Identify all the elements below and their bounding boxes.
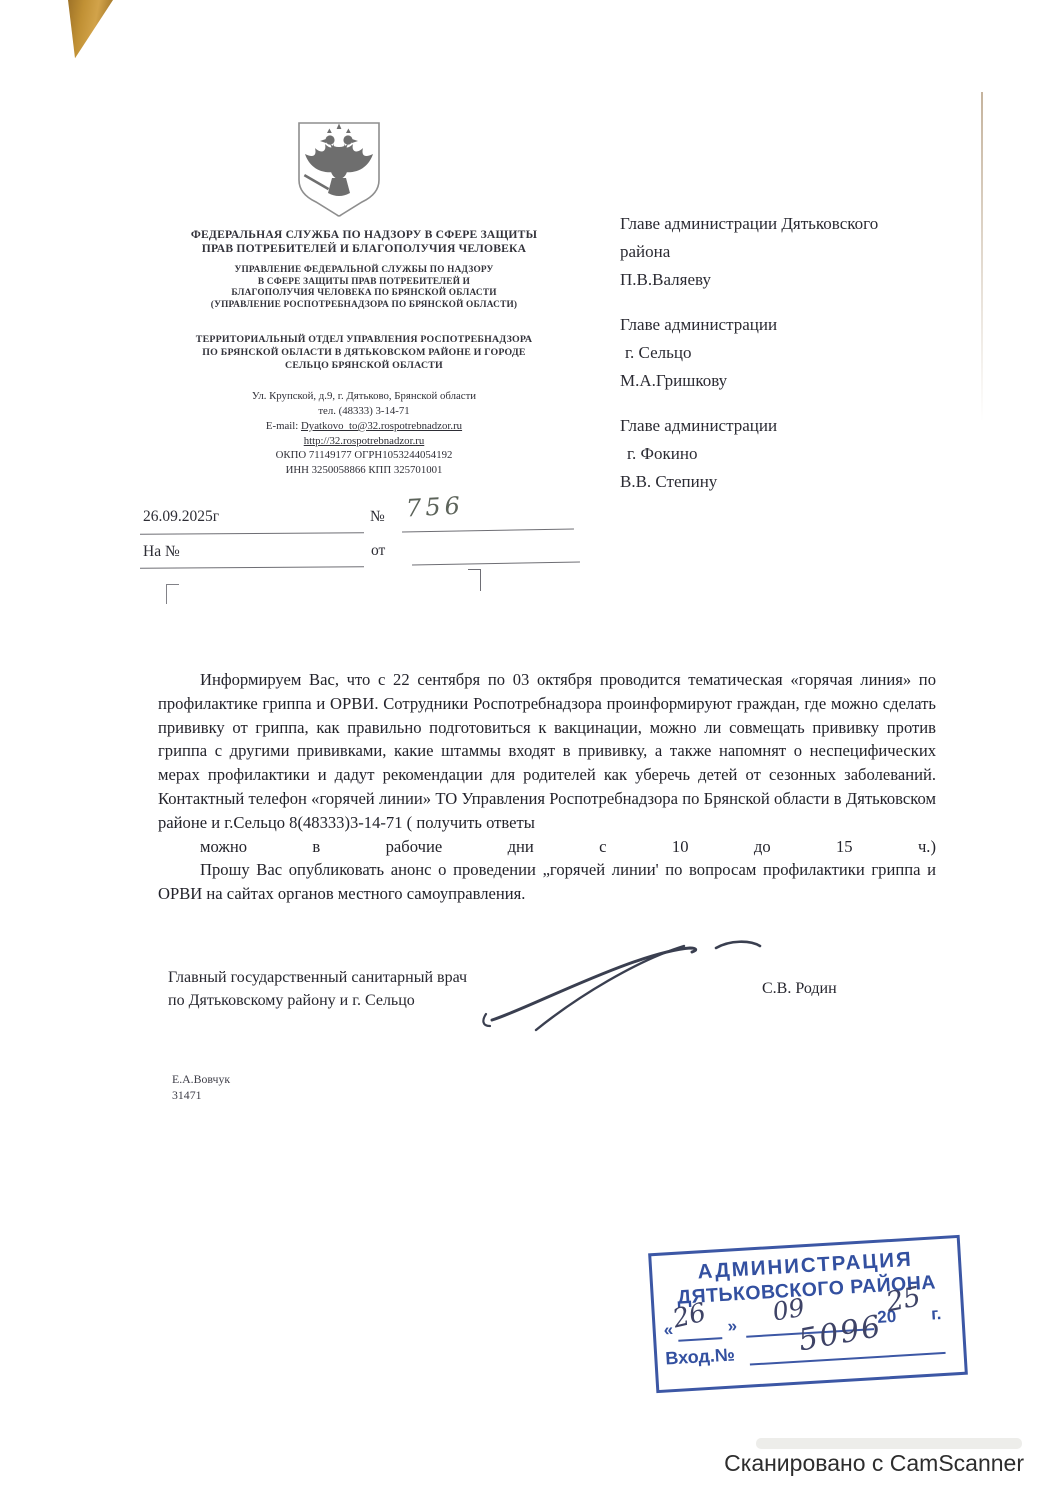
stamp-day-handwritten: 26 (670, 1298, 709, 1335)
letter-number-handwritten: 756 (405, 492, 464, 523)
letterhead-website: http://32.rospotrebnadzor.ru (118, 434, 610, 449)
letterhead-email-line: E-mail: Dyatkovo_to@32.rospotrebnadzor.r… (118, 419, 610, 434)
letter-body: Информируем Вас, что с 22 сентября по 03… (158, 668, 936, 906)
corner-mark-right (468, 569, 481, 591)
recipient-dyatkovo: Главе администрации Дятьковского района … (620, 210, 960, 294)
stamp-incoming-label: Вход.№ (665, 1344, 736, 1369)
letterhead-inn-kpp: ИНН 3250058866 КПП 325701001 (118, 463, 610, 478)
recipient-fokino: Главе администрации г. Фокино В.В. Степи… (620, 412, 960, 496)
letterhead-org-line: ФЕДЕРАЛЬНАЯ СЛУЖБА ПО НАДЗОРУ В СФЕРЕ ЗА… (118, 228, 610, 242)
number-label: № (370, 508, 385, 526)
paper-edge-line (981, 92, 983, 422)
email-label: E-mail: (266, 420, 298, 432)
from-label: от (371, 542, 385, 560)
recipient-line: Главе администрации Дятьковского (620, 210, 960, 238)
body-paragraph-1-last-line: можно в рабочие дни с 10 до 15 ч.) (158, 835, 936, 859)
stamp-month-handwritten: 09 (771, 1293, 807, 1327)
letter-date: 26.09.2025г (143, 508, 219, 526)
recipients-block: Главе администрации Дятьковского района … (620, 210, 960, 513)
russia-coat-of-arms-icon (283, 116, 395, 224)
incoming-stamp: АДМИНИСТРАЦИЯ ДЯТЬКОВСКОГО РАЙОНА « » 20… (648, 1235, 968, 1393)
ruled-line (140, 532, 364, 535)
recipient-line: М.А.Гришкову (620, 367, 960, 395)
letterhead-dep-line: УПРАВЛЕНИЕ ФЕДЕРАЛЬНОЙ СЛУЖБЫ ПО НАДЗОРУ (118, 265, 610, 277)
recipient-line: В.В. Степину (620, 468, 960, 496)
letterhead-dep-line: БЛАГОПОЛУЧИЯ ЧЕЛОВЕКА ПО БРЯНСКОЙ ОБЛАСТ… (118, 288, 610, 300)
letterhead-okpo-ogrn: ОКПО 71149177 ОГРН1053244054192 (118, 448, 610, 463)
executor-block: Е.А.Вовчук 31471 (172, 1072, 230, 1103)
recipient-line: района (620, 238, 960, 266)
letterhead-dep-line: (УПРАВЛЕНИЕ РОСПОТРЕБНАДЗОРА ПО БРЯНСКОЙ… (118, 300, 610, 312)
letterhead-territorial-line: ТЕРРИТОРИАЛЬНЫЙ ОТДЕЛ УПРАВЛЕНИЯ РОСПОТР… (118, 334, 610, 347)
stamp-rule (678, 1337, 722, 1341)
stamp-year-handwritten: 25 (884, 1281, 924, 1318)
recipient-line: Главе администрации (620, 412, 960, 440)
ruled-line (140, 566, 364, 569)
wood-desk-corner-artifact (66, 0, 116, 60)
stamp-quote-close: » (727, 1316, 738, 1337)
letterhead-org-line: ПРАВ ПОТРЕБИТЕЛЕЙ И БЛАГОПОЛУЧИЯ ЧЕЛОВЕК… (118, 242, 610, 256)
email-link: Dyatkovo_to@32.rospotrebnadzor.ru (301, 420, 462, 432)
letterhead-phone: тел. (48333) 3-14-71 (118, 404, 610, 419)
stamp-quote-open: « (663, 1320, 674, 1341)
reply-to-label: На № (143, 543, 180, 561)
letterhead-territorial-line: СЕЛЬЦО БРЯНСКОЙ ОБЛАСТИ (118, 360, 610, 373)
scan-smudge (756, 1438, 1022, 1449)
recipient-line: П.В.Валяеву (620, 266, 960, 294)
signatory-name: С.В. Родин (762, 980, 837, 998)
letterhead-address: Ул. Крупской, д.9, г. Дятьково, Брянской… (118, 389, 610, 404)
executor-name: Е.А.Вовчук (172, 1072, 230, 1088)
stamp-rule (750, 1352, 946, 1365)
recipient-line: Главе администрации (620, 311, 960, 339)
executor-phone: 31471 (172, 1088, 230, 1104)
letterhead: ФЕДЕРАЛЬНАЯ СЛУЖБА ПО НАДЗОРУ В СФЕРЕ ЗА… (118, 228, 610, 478)
ruled-line (402, 528, 574, 532)
signature-scribble (478, 934, 768, 1038)
letterhead-dep-line: В СФЕРЕ ЗАЩИТЫ ПРАВ ПОТРЕБИТЕЛЕЙ И (118, 277, 610, 289)
body-paragraph-2: Прошу Вас опубликовать анонс о проведени… (158, 858, 936, 906)
letterhead-territorial-line: ПО БРЯНСКОЙ ОБЛАСТИ В ДЯТЬКОВСКОМ РАЙОНЕ… (118, 347, 610, 360)
corner-mark-left (166, 584, 179, 604)
recipient-line: г. Фокино (620, 440, 960, 468)
recipient-line: г. Сельцо (620, 339, 960, 367)
scanned-letter-page: ФЕДЕРАЛЬНАЯ СЛУЖБА ПО НАДЗОРУ В СФЕРЕ ЗА… (0, 0, 1060, 1500)
recipient-seltso: Главе администрации г. Сельцо М.А.Гришко… (620, 311, 960, 395)
ruled-line (412, 562, 580, 566)
stamp-year-suffix: г. (931, 1304, 942, 1325)
camscanner-watermark: Сканировано с CamScanner (0, 1450, 1024, 1477)
body-paragraph-1: Информируем Вас, что с 22 сентября по 03… (158, 668, 936, 835)
